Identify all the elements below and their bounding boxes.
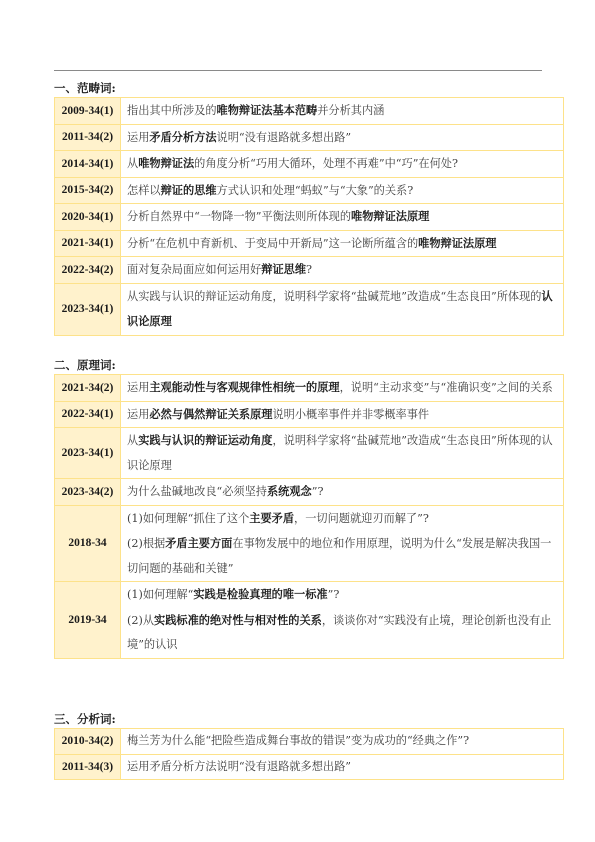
question-cell: 梅兰芳为什么能“把险些造成舞台事故的错误”变为成功的“经典之作”? — [121, 729, 564, 755]
question-text: 从实践与认识的辩证运动角度，说明科学家将“盐碱荒地”改造成“生态良田”所体现的 — [127, 290, 541, 303]
table-row: 2011-34(2)运用矛盾分析方法说明“没有退路就多想出路” — [55, 124, 564, 151]
question-text: (2)从 — [127, 614, 154, 627]
exam-year-cell: 2018-34 — [55, 505, 121, 582]
exam-year-cell: 2019-34 — [55, 582, 121, 659]
question-text: 指出其中所涉及的 — [127, 104, 217, 117]
header-rule — [54, 70, 542, 71]
question-cell: 从实践与认识的辩证运动角度，说明科学家将“盐碱荒地”改造成“生态良田”所体现的认… — [121, 283, 564, 335]
question-text: 运用 — [127, 131, 149, 144]
keyword-highlight: 唯物辩证法 — [138, 156, 194, 170]
category-words-table: 2009-34(1)指出其中所涉及的唯物辩证法基本范畴并分析其内涵2011-34… — [54, 97, 564, 336]
section-title-analysis-words: 三、分析词: — [54, 711, 116, 727]
table-row: 2015-34(2)怎样以辩证的思维方式认识和处理“蚂蚁”与“大象”的关系? — [55, 177, 564, 204]
keyword-highlight: 实践与认识的辩证运动角度 — [138, 433, 272, 447]
exam-year-cell: 2020-34(1) — [55, 204, 121, 231]
question-cell: 怎样以辩证的思维方式认识和处理“蚂蚁”与“大象”的关系? — [121, 177, 564, 204]
question-text: 并分析其内涵 — [317, 104, 384, 117]
question-text: 运用矛盾分析方法说明“没有退路就多想出路” — [127, 760, 351, 773]
question-text: (1)如何理解“ — [127, 588, 193, 601]
section-title-category-words: 一、范畴词: — [54, 80, 116, 96]
question-text: 的角度分析“巧用大循环，处理不再难”中“巧”在何处? — [194, 157, 458, 170]
table-row: 2023-34(1)从实践与认识的辩证运动角度，说明科学家将“盐碱荒地”改造成“… — [55, 428, 564, 479]
exam-year-cell: 2023-34(1) — [55, 428, 121, 479]
question-cell: 面对复杂局面应如何运用好辩证思维? — [121, 257, 564, 284]
question-cell: 分析自然界中“一物降一物”平衡法则所体现的唯物辩证法原理 — [121, 204, 564, 231]
exam-year-cell: 2011-34(3) — [55, 754, 121, 780]
question-cell: (1)如何理解“抓住了这个主要矛盾，一切问题就迎刃而解了”?(2)根据矛盾主要方… — [121, 505, 564, 582]
table-row: 2020-34(1)分析自然界中“一物降一物”平衡法则所体现的唯物辩证法原理 — [55, 204, 564, 231]
sub-question: (1)如何理解“抓住了这个主要矛盾，一切问题就迎刃而解了”? — [127, 506, 557, 532]
table-row: 2011-34(3)运用矛盾分析方法说明“没有退路就多想出路” — [55, 754, 564, 780]
question-text: 说明小概率事件并非零概率事件 — [272, 408, 429, 421]
keyword-highlight: 唯物辩证法原理 — [351, 209, 429, 223]
section-title-principle-words: 二、原理词: — [54, 357, 116, 373]
question-cell: 从唯物辩证法的角度分析“巧用大循环，处理不再难”中“巧”在何处? — [121, 151, 564, 178]
table-row: 2023-34(1)从实践与认识的辩证运动角度，说明科学家将“盐碱荒地”改造成“… — [55, 283, 564, 335]
question-cell: 指出其中所涉及的唯物辩证法基本范畴并分析其内涵 — [121, 98, 564, 125]
question-text: 运用 — [127, 381, 149, 394]
exam-year-cell: 2009-34(1) — [55, 98, 121, 125]
table-row: 2018-34(1)如何理解“抓住了这个主要矛盾，一切问题就迎刃而解了”?(2)… — [55, 505, 564, 582]
keyword-highlight: 实践是检验真理的唯一标准 — [193, 587, 327, 601]
question-text: 分析“在危机中育新机、于变局中开新局”这一论断所蕴含的 — [127, 237, 418, 250]
question-text: 怎样以 — [127, 184, 161, 197]
keyword-highlight: 主要矛盾 — [249, 511, 294, 525]
question-text: (1)如何理解“抓住了这个 — [127, 512, 249, 525]
question-cell: 运用矛盾分析方法说明“没有退路就多想出路” — [121, 754, 564, 780]
table-row: 2014-34(1)从唯物辩证法的角度分析“巧用大循环，处理不再难”中“巧”在何… — [55, 151, 564, 178]
question-text: 面对复杂局面应如何运用好 — [127, 263, 261, 276]
keyword-highlight: 唯物辩证法原理 — [418, 236, 496, 250]
principle-words-table: 2021-34(2)运用主观能动性与客观规律性相统一的原理，说明“主动求变”与“… — [54, 374, 564, 659]
question-text: 梅兰芳为什么能“把险些造成舞台事故的错误”变为成功的“经典之作”? — [127, 734, 469, 747]
table-row: 2022-34(2)面对复杂局面应如何运用好辩证思维? — [55, 257, 564, 284]
table-row: 2019-34(1)如何理解“实践是检验真理的唯一标准”?(2)从实践标准的绝对… — [55, 582, 564, 659]
keyword-highlight: 辩证思维 — [261, 262, 306, 276]
question-text: 从 — [127, 157, 138, 170]
question-cell: (1)如何理解“实践是检验真理的唯一标准”?(2)从实践标准的绝对性与相对性的关… — [121, 582, 564, 659]
exam-year-cell: 2011-34(2) — [55, 124, 121, 151]
keyword-highlight: 辩证的思维 — [161, 183, 217, 197]
keyword-highlight: 唯物辩证法基本范畴 — [217, 103, 318, 117]
table-row: 2022-34(1)运用必然与偶然辩证关系原理说明小概率事件并非零概率事件 — [55, 401, 564, 428]
question-text: 方式认识和处理“蚂蚁”与“大象”的关系? — [217, 184, 414, 197]
question-text: 从 — [127, 434, 138, 447]
question-text: ，说明“主动求变”与“准确识变”之间的关系 — [340, 381, 553, 394]
table-row: 2009-34(1)指出其中所涉及的唯物辩证法基本范畴并分析其内涵 — [55, 98, 564, 125]
sub-question: (2)根据矛盾主要方面在事物发展中的地位和作用原理，说明为什么“发展是解决我国一… — [127, 531, 557, 581]
question-text: 说明“没有退路就多想出路” — [217, 131, 352, 144]
exam-year-cell: 2022-34(1) — [55, 401, 121, 428]
question-cell: 分析“在危机中育新机、于变局中开新局”这一论断所蕴含的唯物辩证法原理 — [121, 230, 564, 257]
exam-year-cell: 2021-34(2) — [55, 375, 121, 402]
table-row: 2021-34(2)运用主观能动性与客观规律性相统一的原理，说明“主动求变”与“… — [55, 375, 564, 402]
exam-year-cell: 2023-34(2) — [55, 479, 121, 506]
exam-year-cell: 2010-34(2) — [55, 729, 121, 755]
keyword-highlight: 必然与偶然辩证关系原理 — [149, 407, 272, 421]
table-row: 2010-34(2)梅兰芳为什么能“把险些造成舞台事故的错误”变为成功的“经典之… — [55, 729, 564, 755]
question-text: 为什么盐碱地改良“必须坚持 — [127, 485, 267, 498]
question-text: ，一切问题就迎刃而解了”? — [294, 512, 429, 525]
question-text: 分析自然界中“一物降一物”平衡法则所体现的 — [127, 210, 351, 223]
question-text: (2)根据 — [127, 537, 165, 550]
exam-year-cell: 2021-34(1) — [55, 230, 121, 257]
question-text: ”? — [328, 588, 340, 601]
keyword-highlight: 矛盾分析方法 — [149, 130, 216, 144]
question-cell: 运用矛盾分析方法说明“没有退路就多想出路” — [121, 124, 564, 151]
question-cell: 从实践与认识的辩证运动角度，说明科学家将“盐碱荒地”改造成“生态良田”所体现的认… — [121, 428, 564, 479]
question-text: 运用 — [127, 408, 149, 421]
exam-year-cell: 2015-34(2) — [55, 177, 121, 204]
keyword-highlight: 系统观念 — [267, 484, 312, 498]
keyword-highlight: 矛盾主要方面 — [165, 536, 232, 550]
sub-question: (1)如何理解“实践是检验真理的唯一标准”? — [127, 582, 557, 608]
sub-question: (2)从实践标准的绝对性与相对性的关系，谈谈你对“实践没有止境，理论创新也没有止… — [127, 608, 557, 658]
keyword-highlight: 主观能动性与客观规律性相统一的原理 — [149, 380, 339, 394]
table-row: 2021-34(1)分析“在危机中育新机、于变局中开新局”这一论断所蕴含的唯物辩… — [55, 230, 564, 257]
question-cell: 为什么盐碱地改良“必须坚持系统观念”? — [121, 479, 564, 506]
table-row: 2023-34(2)为什么盐碱地改良“必须坚持系统观念”? — [55, 479, 564, 506]
question-cell: 运用必然与偶然辩证关系原理说明小概率事件并非零概率事件 — [121, 401, 564, 428]
exam-year-cell: 2022-34(2) — [55, 257, 121, 284]
question-text: ”? — [312, 485, 324, 498]
exam-year-cell: 2014-34(1) — [55, 151, 121, 178]
exam-year-cell: 2023-34(1) — [55, 283, 121, 335]
question-text: ? — [306, 263, 312, 276]
keyword-highlight: 实践标准的绝对性与相对性的关系 — [154, 613, 322, 627]
question-cell: 运用主观能动性与客观规律性相统一的原理，说明“主动求变”与“准确识变”之间的关系 — [121, 375, 564, 402]
analysis-words-table: 2010-34(2)梅兰芳为什么能“把险些造成舞台事故的错误”变为成功的“经典之… — [54, 728, 564, 780]
